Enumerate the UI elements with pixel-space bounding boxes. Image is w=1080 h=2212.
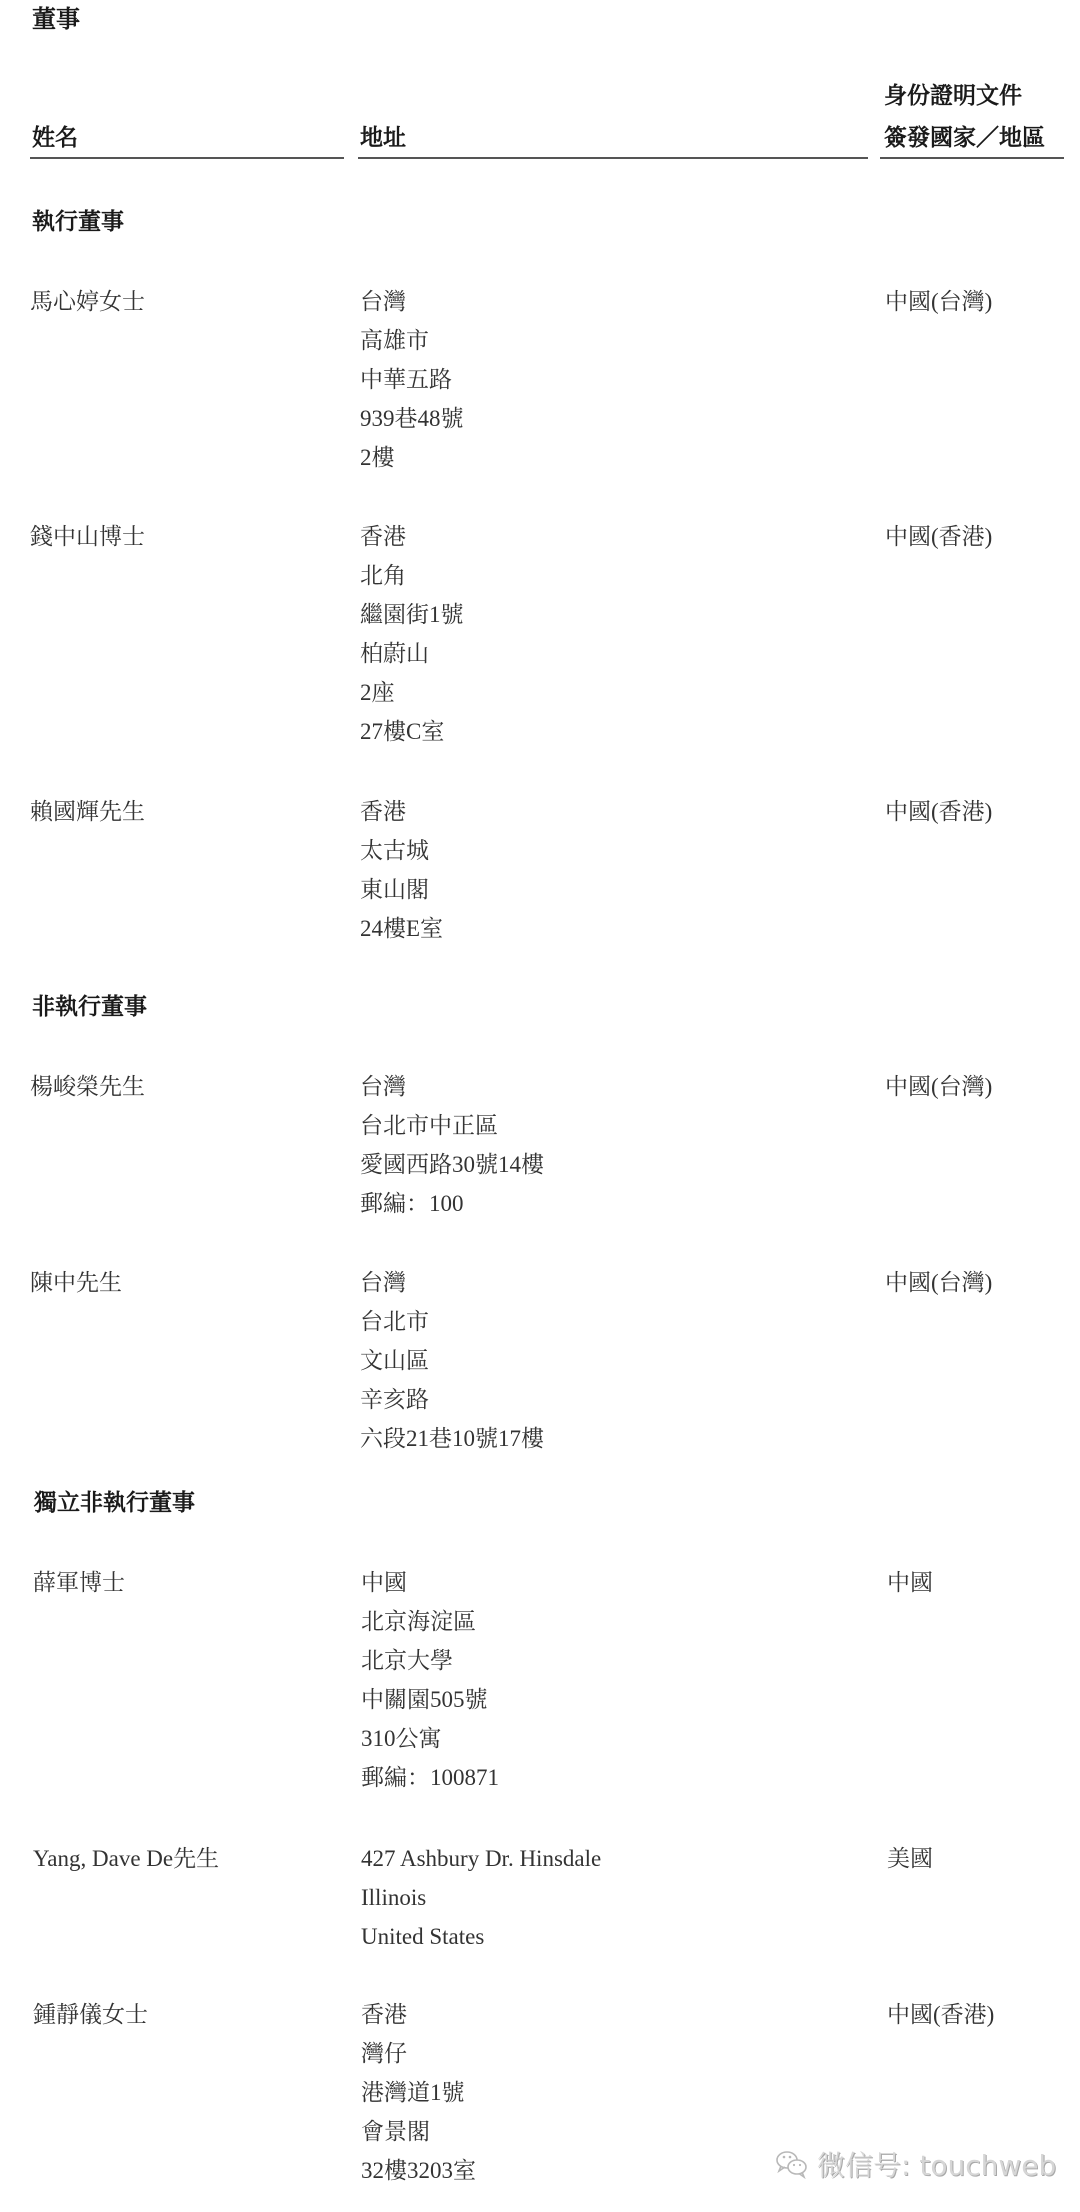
director-id-country: 中國(台灣) — [885, 1067, 992, 1106]
column-header-address: 地址 — [360, 124, 406, 152]
section-heading-independent: 獨立非執行董事 — [34, 1489, 195, 1517]
director-name: 錢中山博士 — [30, 517, 145, 556]
page-title: 董事 — [32, 6, 80, 34]
address-line: 台灣 — [360, 1263, 544, 1302]
director-id-country: 中國(台灣) — [885, 282, 992, 321]
header-rule-id — [880, 157, 1064, 159]
address-line: 北京大學 — [361, 1641, 499, 1680]
address-line: 24樓E室 — [360, 909, 443, 948]
address-line: 東山閣 — [360, 870, 443, 909]
address-line: 郵編：100 — [360, 1184, 544, 1223]
address-line: 310公寓 — [361, 1719, 499, 1758]
director-address: 台灣 台北市 文山區 辛亥路 六段21巷10號17樓 — [360, 1263, 544, 1458]
address-line: 中華五路 — [360, 360, 464, 399]
director-name: 陳中先生 — [30, 1263, 122, 1302]
address-line: 427 Ashbury Dr. Hinsdale — [361, 1839, 601, 1878]
director-id-country: 中國(香港) — [885, 517, 992, 556]
address-line: 中國 — [361, 1563, 499, 1602]
address-line: 台北市中正區 — [360, 1106, 544, 1145]
address-line: 2樓 — [360, 438, 464, 477]
address-line: 香港 — [360, 517, 464, 556]
address-line: 中關園505號 — [361, 1680, 499, 1719]
address-line: 辛亥路 — [360, 1380, 544, 1419]
address-line: 香港 — [361, 1995, 476, 2034]
address-line: 2座 — [360, 673, 464, 712]
address-line: 灣仔 — [361, 2034, 476, 2073]
director-address: 台灣 台北市中正區 愛國西路30號14樓 郵編：100 — [360, 1067, 544, 1223]
address-line: 北京海淀區 — [361, 1602, 499, 1641]
section-heading-executive: 執行董事 — [32, 208, 124, 236]
address-line: 香港 — [360, 792, 443, 831]
address-line: 太古城 — [360, 831, 443, 870]
director-name: 鍾靜儀女士 — [33, 1995, 148, 2034]
director-name: 賴國輝先生 — [30, 792, 145, 831]
header-rule-name — [30, 157, 344, 159]
director-address: 香港 灣仔 港灣道1號 會景閣 32樓3203室 — [361, 1995, 476, 2190]
address-line: 柏蔚山 — [360, 634, 464, 673]
director-address: 台灣 高雄市 中華五路 939巷48號 2樓 — [360, 282, 464, 477]
address-line: Illinois — [361, 1878, 601, 1917]
address-line: 高雄市 — [360, 321, 464, 360]
director-address: 香港 太古城 東山閣 24樓E室 — [360, 792, 443, 948]
address-line: 939巷48號 — [360, 399, 464, 438]
address-line: 郵編：100871 — [361, 1758, 499, 1797]
watermark: 微信号: touchweb — [775, 2146, 1056, 2182]
column-header-id-line2: 簽發國家／地區 — [884, 124, 1045, 152]
director-name: Yang, Dave De先生 — [33, 1839, 219, 1878]
address-line: 繼園街1號 — [360, 595, 464, 634]
director-address: 中國 北京海淀區 北京大學 中關園505號 310公寓 郵編：100871 — [361, 1563, 499, 1797]
address-line: 會景閣 — [361, 2112, 476, 2151]
director-id-country: 中國(台灣) — [885, 1263, 992, 1302]
director-address: 427 Ashbury Dr. Hinsdale Illinois United… — [361, 1839, 601, 1956]
director-name: 薛軍博士 — [33, 1563, 125, 1602]
director-address: 香港 北角 繼園街1號 柏蔚山 2座 27樓C室 — [360, 517, 464, 751]
director-id-country: 美國 — [887, 1839, 933, 1878]
watermark-text: 微信号: touchweb — [817, 2144, 1056, 2184]
header-rule-address — [358, 157, 868, 159]
address-line: 台灣 — [360, 1067, 544, 1106]
director-name: 楊峻榮先生 — [30, 1067, 145, 1106]
section-heading-non-executive: 非執行董事 — [32, 993, 147, 1021]
director-id-country: 中國(香港) — [885, 792, 992, 831]
address-line: United States — [361, 1917, 601, 1956]
director-id-country: 中國(香港) — [887, 1995, 994, 2034]
director-name: 馬心婷女士 — [30, 282, 145, 321]
column-header-name: 姓名 — [32, 124, 78, 152]
address-line: 港灣道1號 — [361, 2073, 476, 2112]
address-line: 27樓C室 — [360, 712, 464, 751]
address-line: 六段21巷10號17樓 — [360, 1419, 544, 1458]
wechat-icon — [775, 2149, 809, 2179]
address-line: 台灣 — [360, 282, 464, 321]
address-line: 北角 — [360, 556, 464, 595]
director-id-country: 中國 — [887, 1563, 933, 1602]
address-line: 愛國西路30號14樓 — [360, 1145, 544, 1184]
address-line: 文山區 — [360, 1341, 544, 1380]
address-line: 台北市 — [360, 1302, 544, 1341]
column-header-id-line1: 身份證明文件 — [884, 82, 1022, 110]
address-line: 32樓3203室 — [361, 2151, 476, 2190]
